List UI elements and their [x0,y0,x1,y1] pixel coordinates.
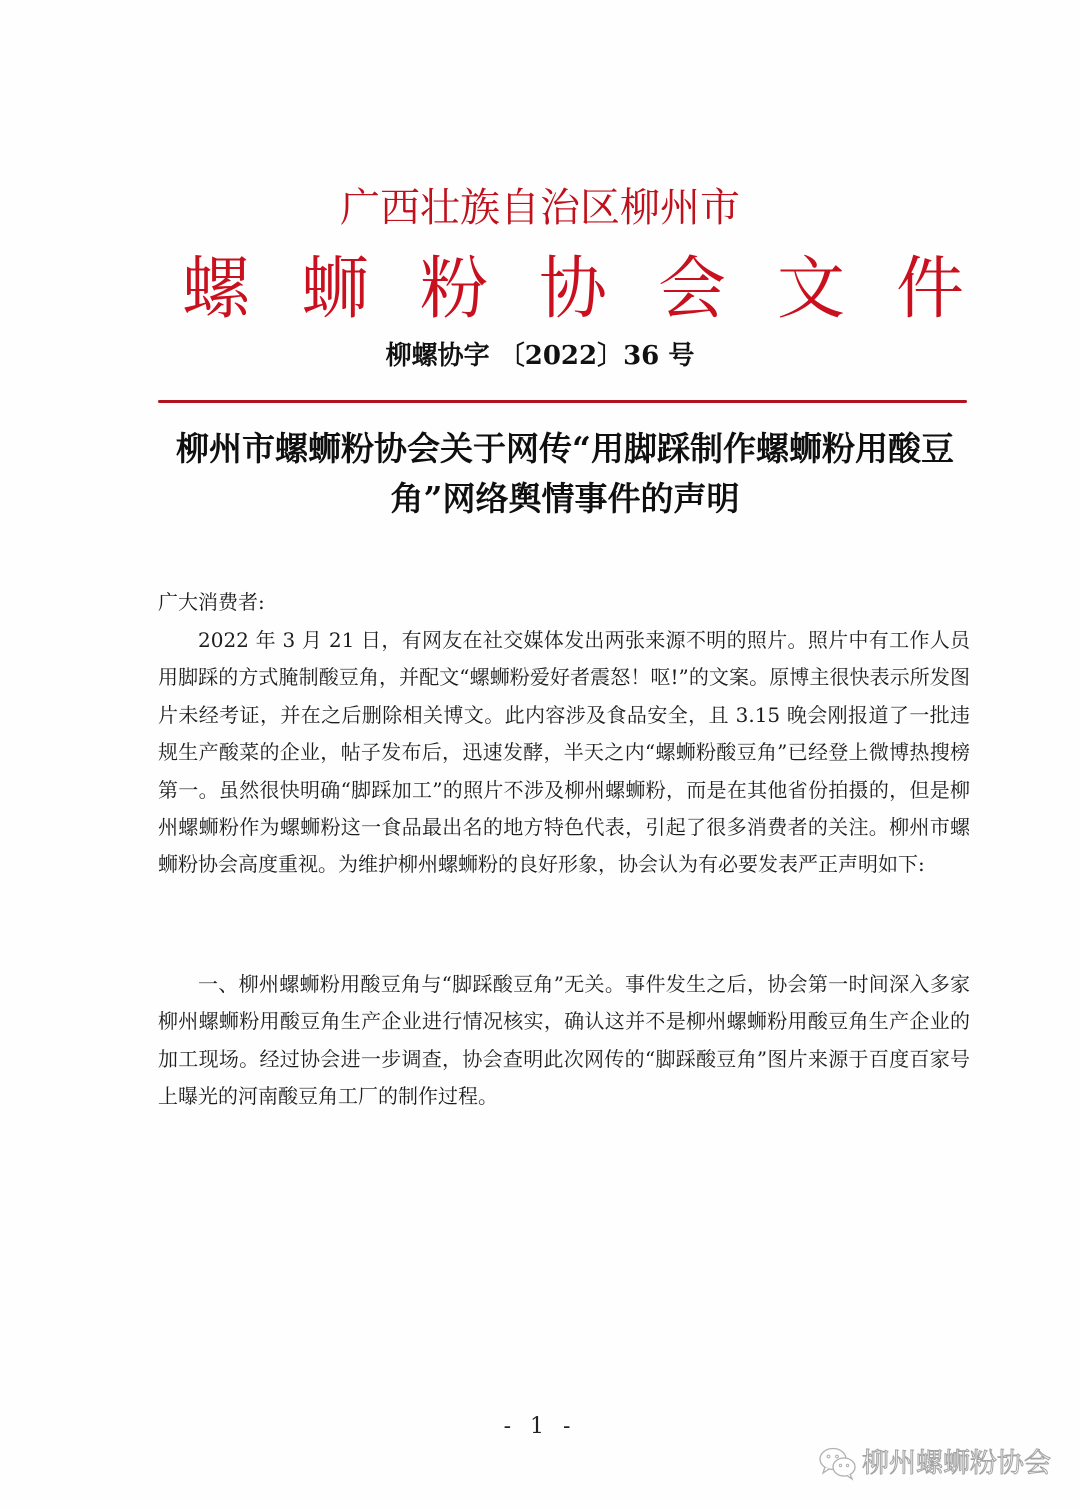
issuer-doc-char: 会 [658,250,724,330]
issuer-region-heading: 广西壮族自治区柳州市 [0,184,1080,232]
salutation: 广大消费者: [158,584,970,621]
paragraph-text: 一、柳州螺蛳粉用酸豆角与“脚踩酸豆角”无关。事件发生之后，协会第一时间深入多家柳… [158,966,970,1116]
statement-title-line-2: 角”网络舆情事件的声明 [150,474,980,524]
body-paragraph-2: 一、柳州螺蛳粉用酸豆角与“脚踩酸豆角”无关。事件发生之后，协会第一时间深入多家柳… [158,966,970,1116]
salutation-text: 广大消费者: [158,584,970,621]
issuer-doc-char: 蛳 [301,250,367,330]
statement-title-line-1: 柳州市螺蛳粉协会关于网传“用脚踩制作螺蛳粉用酸豆 [150,424,980,474]
issuer-doc-char: 螺 [182,250,248,330]
wechat-icon [818,1446,858,1482]
red-header-divider [158,400,967,403]
issuer-doc-char: 协 [539,250,605,330]
issuer-document-heading: 螺 蛳 粉 协 会 文 件 [182,250,962,330]
document-page: 广西壮族自治区柳州市 螺 蛳 粉 协 会 文 件 柳螺协字 〔2022〕36 号… [0,0,1080,1509]
issuer-doc-char: 文 [777,250,843,330]
paragraph-text: 2022 年 3 月 21 日，有网友在社交媒体发出两张来源不明的照片。照片中有… [158,622,970,884]
page-number: - 1 - [0,1414,1080,1439]
document-number: 柳螺协字 〔2022〕36 号 [0,338,1080,374]
body-paragraph-1: 2022 年 3 月 21 日，有网友在社交媒体发出两张来源不明的照片。照片中有… [158,622,970,884]
issuer-doc-char: 件 [896,250,962,330]
watermark-account-name: 柳州螺蛳粉协会 [862,1446,1051,1482]
wechat-watermark: 柳州螺蛳粉协会 [818,1444,1051,1484]
issuer-doc-char: 粉 [420,250,486,330]
